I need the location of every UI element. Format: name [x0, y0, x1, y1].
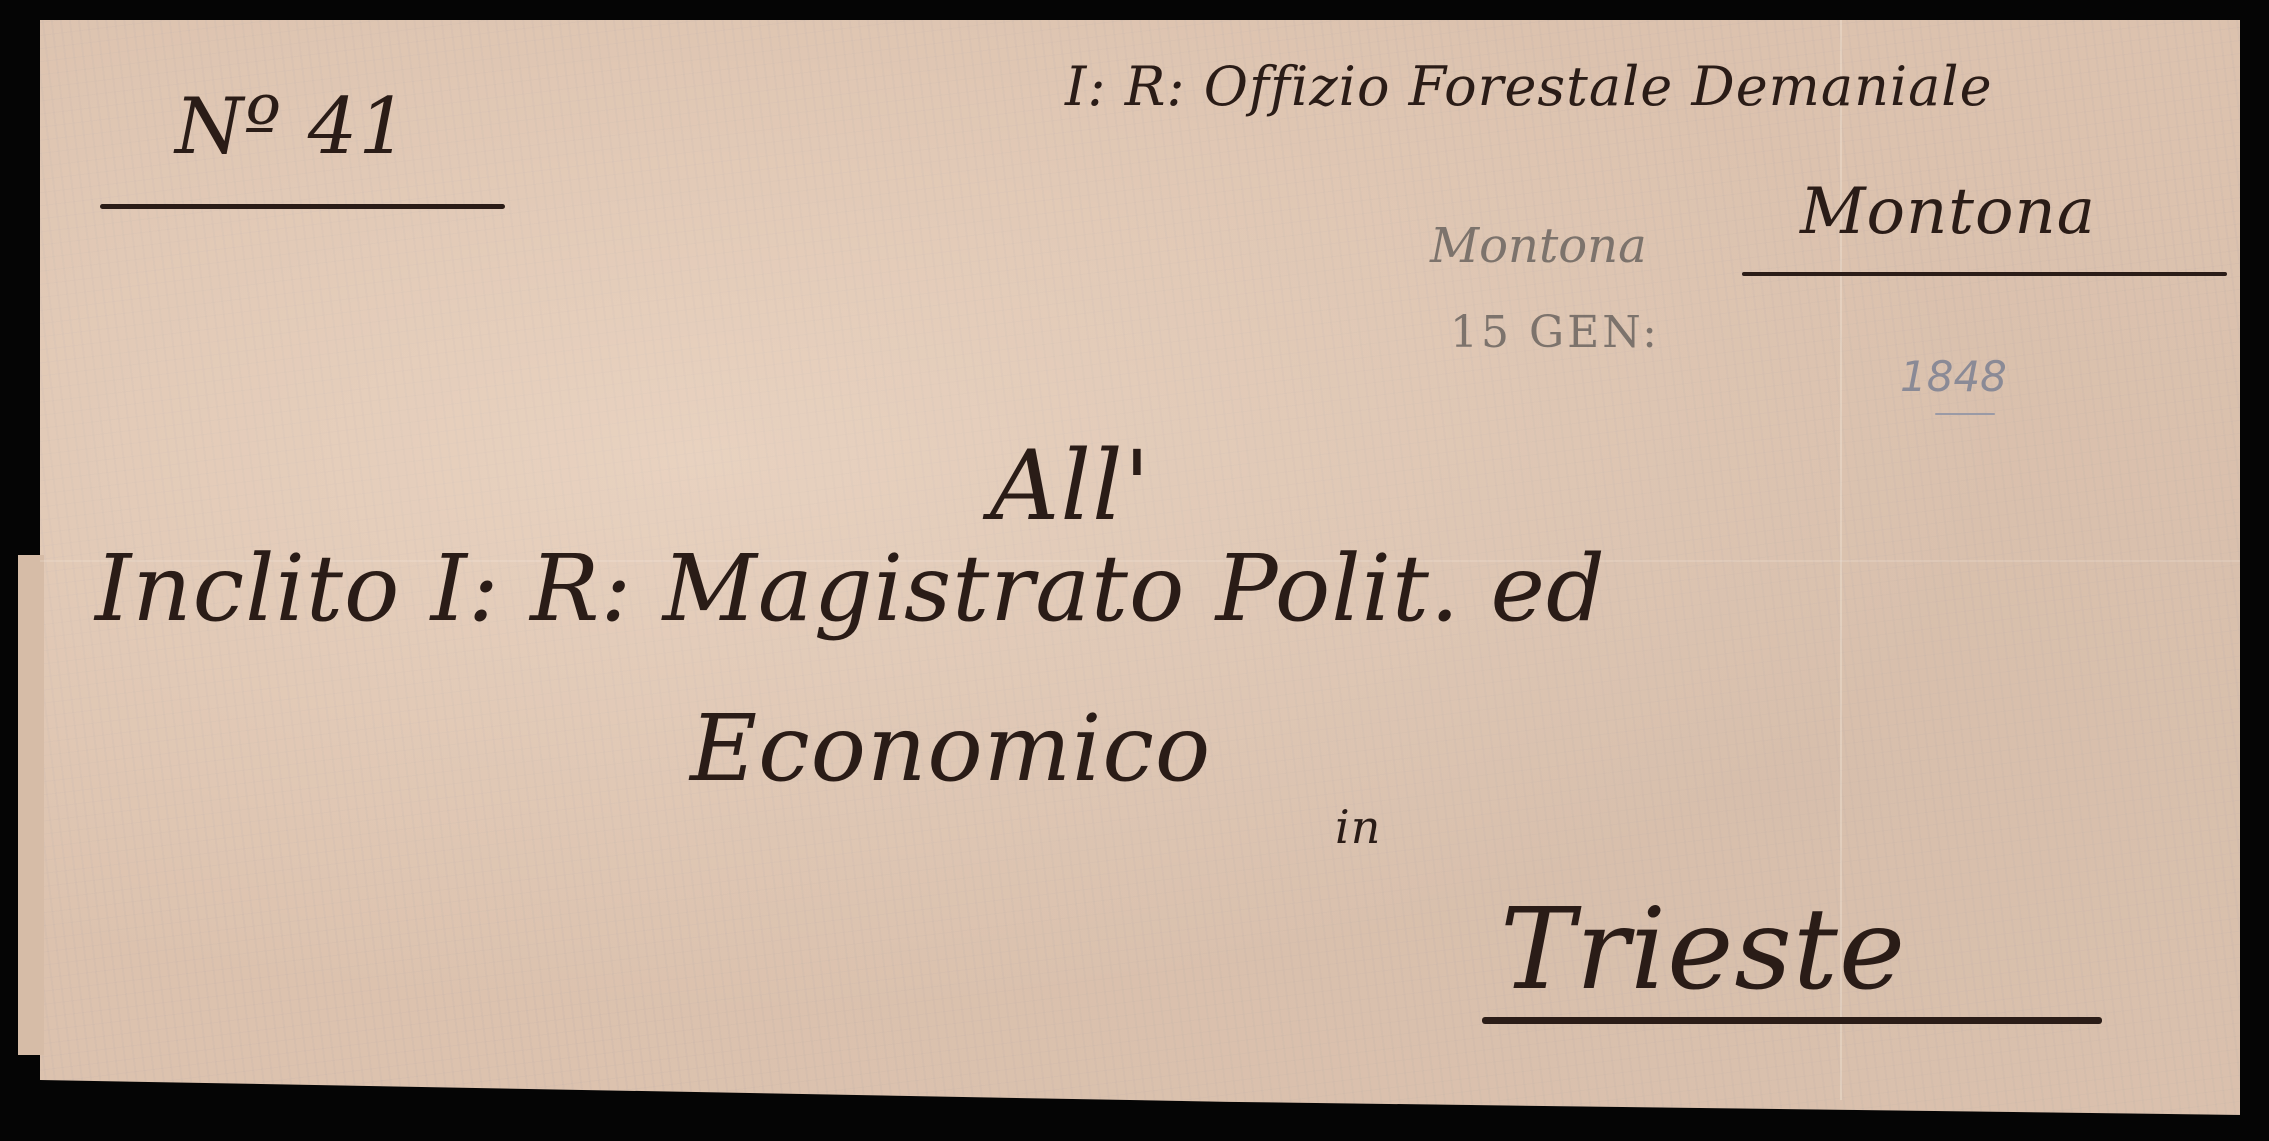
reference-underline — [100, 204, 505, 209]
pencil-year-annotation: 1848 — [1900, 352, 2007, 401]
postmark-date: 15 GEN: — [1450, 307, 1660, 358]
folded-edge — [18, 555, 44, 1055]
destination-city: Trieste — [1500, 885, 1906, 1015]
address-in-word: in — [1335, 800, 1381, 854]
sender-town: Montona — [1800, 175, 2096, 249]
address-prefix: All' — [990, 430, 1151, 542]
addressee-line2: Economico — [690, 695, 1211, 802]
pencil-underline — [1935, 413, 1995, 415]
reference-number: Nº 41 — [175, 82, 409, 172]
sender-office: I: R: Offizio Forestale Demaniale — [1065, 55, 1993, 118]
city-underline — [1482, 1017, 2102, 1024]
addressee-line1: Inclito I: R: Magistrato Polit. ed — [95, 535, 1606, 642]
sender-underline — [1742, 272, 2227, 276]
postmark-town: Montona — [1430, 218, 1647, 274]
